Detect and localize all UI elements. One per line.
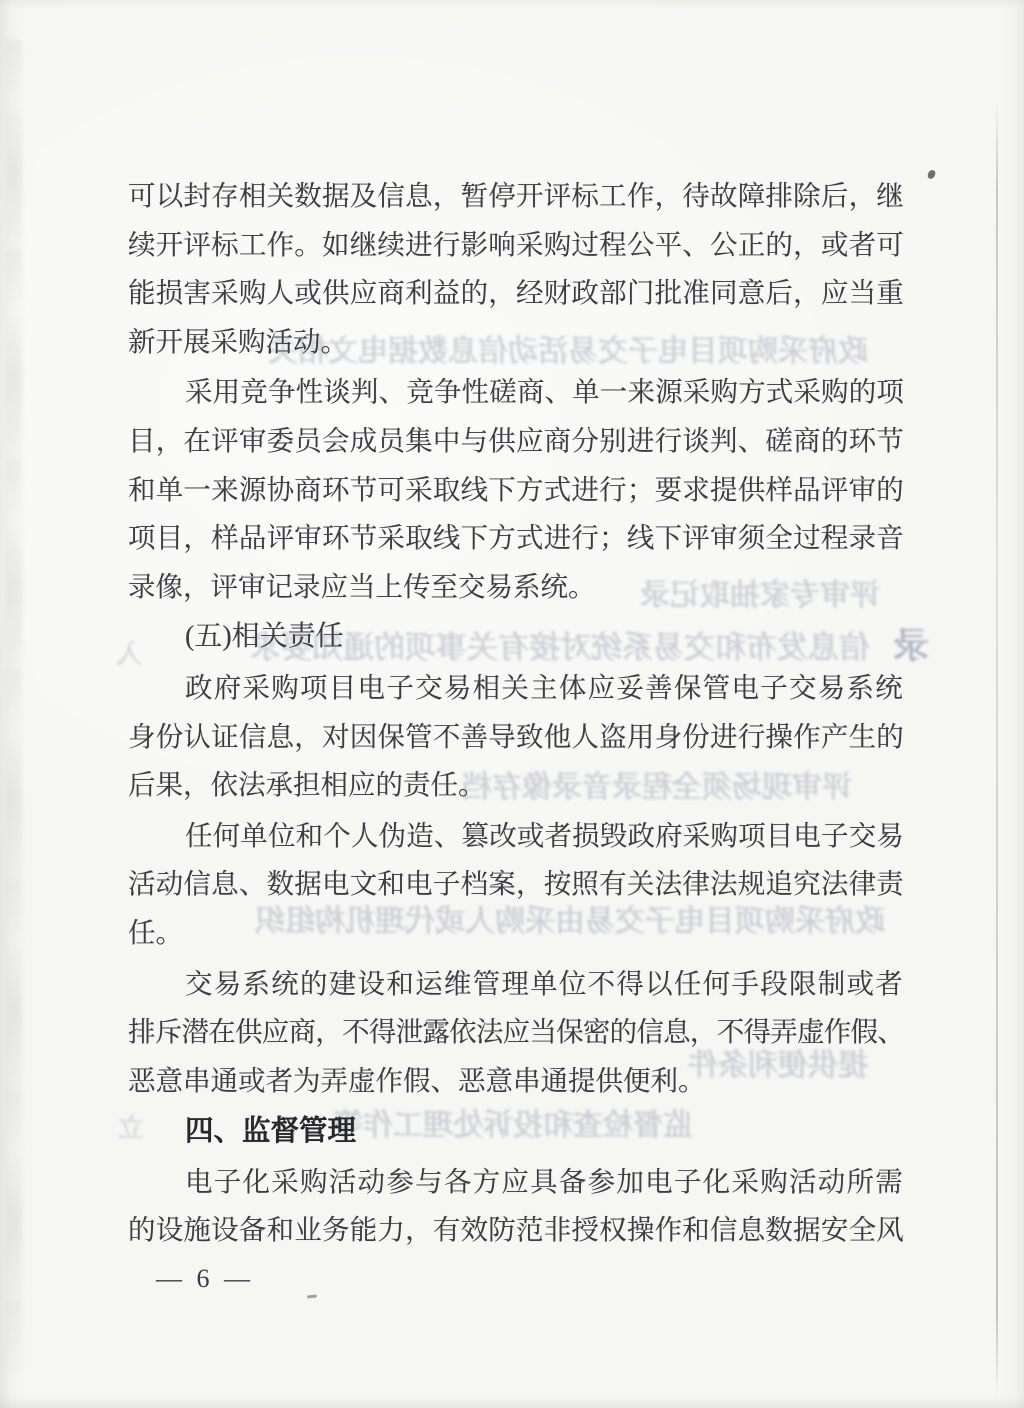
scanned-page: 政府采购项目电子交易活动信息数据电文相关评审专家抽取记录信息发布和交易系统对接有… [0,0,1024,1408]
paragraph-p1: 可以封存相关数据及信息，暂停开评标工作，待故障排除后，继续开评标工作。如继续进行… [128,172,904,366]
paragraph-h-supervision: 四、监督管理 [128,1107,904,1156]
text-line: 任。 [128,909,904,958]
text-line: 采用竞争性谈判、竞争性磋商、单一来源采购方式采购的项 [128,368,904,417]
text-line: 和单一来源协商环节可采取线下方式进行；要求提供样品评审的 [128,466,904,515]
paragraph-p4: 任何单位和个人伪造、篡改或者损毁政府采购项目电子交易活动信息、数据电文和电子档案… [128,812,904,958]
text-line: (五)相关责任 [128,613,904,662]
paragraph-p5: 交易系统的建设和运维管理单位不得以任何手段限制或者排斥潜在供应商，不得泄露依法应… [128,960,904,1106]
text-line: 任何单位和个人伪造、篡改或者损毁政府采购项目电子交易 [128,812,904,861]
paragraph-p6: 电子化采购活动参与各方应具备参加电子化采购活动所需的设施设备和业务能力，有效防范… [128,1158,904,1255]
paragraph-p3: 政府采购项目电子交易相关主体应妥善保管电子交易系统身份认证信息，对因保管不善导致… [128,664,904,810]
text-line: 续开评标工作。如继续进行影响采购过程公平、公正的，或者可 [128,221,904,270]
paper-edge-shadow [6,40,22,1370]
text-line: 政府采购项目电子交易相关主体应妥善保管电子交易系统 [128,664,904,713]
text-line: 能损害采购人或供应商利益的，经财政部门批准同意后，应当重 [128,269,904,318]
text-line: 项目，样品评审环节采取线下方式进行；线下评审须全过程录音 [128,514,904,563]
text-line: 的设施设备和业务能力，有效防范非授权操作和信息数据安全风 [128,1206,904,1255]
text-line: 电子化采购活动参与各方应具备参加电子化采购活动所需 [128,1158,904,1207]
text-line: 后果，依法承担相应的责任。 [128,761,904,810]
ink-speck [927,169,936,180]
text-line: 身份认证信息，对因保管不善导致他人盗用身份进行操作产生的 [128,713,904,762]
text-line: 新开展采购活动。 [128,318,904,367]
page-number: — 6 — [156,1264,254,1294]
text-line: 四、监督管理 [128,1107,904,1156]
text-line: 恶意串通或者为弄虚作假、恶意串通提供便利。 [128,1057,904,1106]
paragraph-h-responsibility: (五)相关责任 [128,613,904,662]
text-line: 可以封存相关数据及信息，暂停开评标工作，待故障排除后，继 [128,172,904,221]
paper-edge-line [996,100,998,1400]
text-line: 目，在评审委员会成员集中与供应商分别进行谈判、磋商的环节 [128,417,904,466]
paragraph-p2: 采用竞争性谈判、竞争性磋商、单一来源采购方式采购的项目，在评审委员会成员集中与供… [128,368,904,611]
text-line: 交易系统的建设和运维管理单位不得以任何手段限制或者 [128,960,904,1009]
text-line: 录像，评审记录应当上传至交易系统。 [128,563,904,612]
ink-speck [307,1294,317,1298]
text-line: 活动信息、数据电文和电子档案，按照有关法律法规追究法律责 [128,860,904,909]
document-body: 可以封存相关数据及信息，暂停开评标工作，待故障排除后，继续开评标工作。如继续进行… [128,172,904,1257]
text-line: 排斥潜在供应商，不得泄露依法应当保密的信息，不得弄虚作假、 [128,1008,904,1057]
